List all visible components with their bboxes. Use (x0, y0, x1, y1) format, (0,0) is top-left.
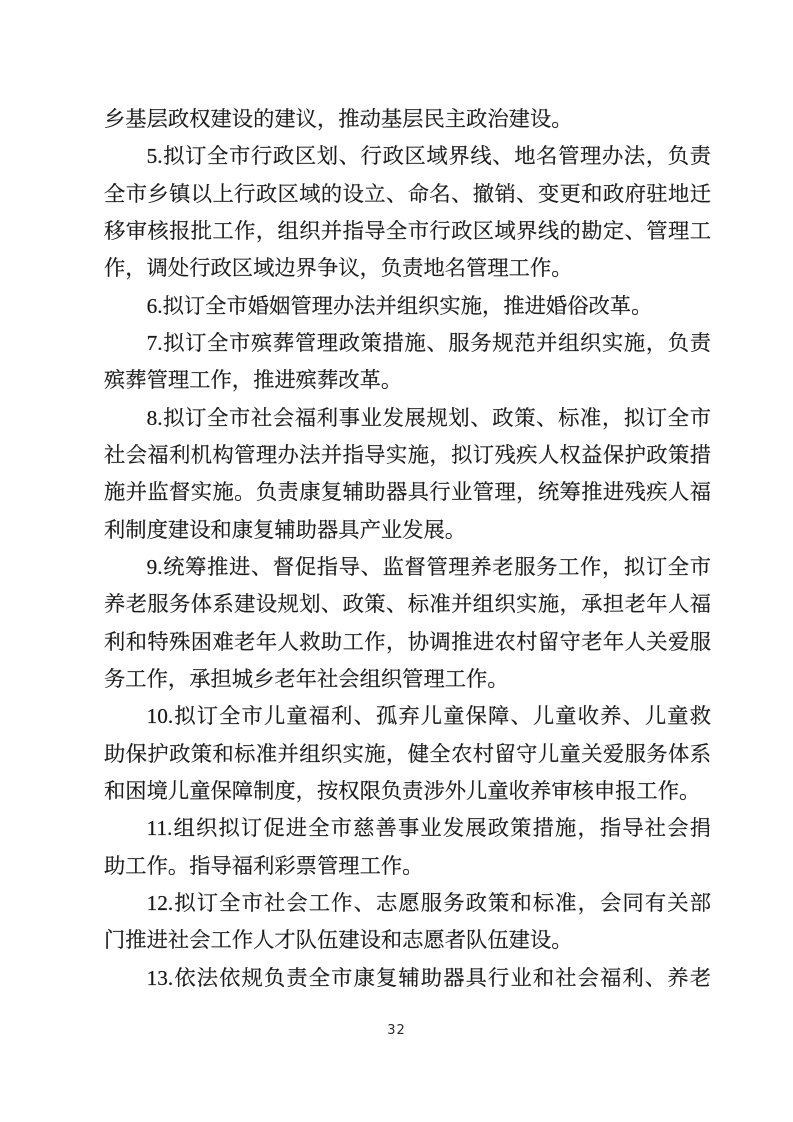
text-line: 利和特殊困难老年人救助工作，协调推进农村留守老年人关爱服 (104, 624, 711, 661)
text-line: 11.组织拟订促进全市慈善事业发展政策措施，指导社会捐 (104, 810, 711, 847)
text-line: 施并监督实施。负责康复辅助器具行业管理，统筹推进残疾人福 (104, 474, 711, 511)
paragraph: 9.统筹推进、督促指导、监督管理养老服务工作，拟订全市养老服务体系建设规划、政策… (104, 549, 711, 698)
text-line: 殡葬管理工作，推进殡葬改革。 (104, 362, 711, 399)
text-line: 养老服务体系建设规划、政策、标准并组织实施，承担老年人福 (104, 586, 711, 623)
text-line: 助保护政策和标准并组织实施，健全农村留守儿童关爱服务体系 (104, 736, 711, 773)
paragraph: 7.拟订全市殡葬管理政策措施、服务规范并组织实施，负责殡葬管理工作，推进殡葬改革… (104, 325, 711, 400)
text-line: 全市乡镇以上行政区域的设立、命名、撤销、变更和政府驻地迁 (104, 176, 711, 213)
document-body: 乡基层政权建设的建议，推动基层民主政治建设。5.拟订全市行政区划、行政区域界线、… (104, 101, 711, 997)
text-line: 作，调处行政区域边界争议，负责地名管理工作。 (104, 250, 711, 287)
paragraph: 5.拟订全市行政区划、行政区域界线、地名管理办法，负责全市乡镇以上行政区域的设立… (104, 138, 711, 287)
text-line: 5.拟订全市行政区划、行政区域界线、地名管理办法，负责 (104, 138, 711, 175)
page-footer: 32 (0, 1021, 793, 1039)
text-line: 6.拟订全市婚姻管理办法并组织实施，推进婚俗改革。 (104, 288, 711, 325)
text-line: 务工作，承担城乡老年社会组织管理工作。 (104, 661, 711, 698)
page-number: 32 (387, 1023, 406, 1038)
text-line: 和困境儿童保障制度，按权限负责涉外儿童收养审核申报工作。 (104, 773, 711, 810)
text-line: 8.拟订全市社会福利事业发展规划、政策、标准，拟订全市 (104, 400, 711, 437)
paragraph: 13.依法依规负责全市康复辅助器具行业和社会福利、养老 (104, 960, 711, 997)
text-line: 社会福利机构管理办法并指导实施，拟订残疾人权益保护政策措 (104, 437, 711, 474)
text-line: 助工作。指导福利彩票管理工作。 (104, 848, 711, 885)
text-line: 利制度建设和康复辅助器具产业发展。 (104, 512, 711, 549)
text-line: 门推进社会工作人才队伍建设和志愿者队伍建设。 (104, 922, 711, 959)
paragraph: 11.组织拟订促进全市慈善事业发展政策措施，指导社会捐助工作。指导福利彩票管理工… (104, 810, 711, 885)
paragraph: 8.拟订全市社会福利事业发展规划、政策、标准，拟订全市社会福利机构管理办法并指导… (104, 400, 711, 549)
text-line: 13.依法依规负责全市康复辅助器具行业和社会福利、养老 (104, 960, 711, 997)
text-line: 10.拟订全市儿童福利、孤弃儿童保障、儿童收养、儿童救 (104, 698, 711, 735)
paragraph: 乡基层政权建设的建议，推动基层民主政治建设。 (104, 101, 711, 138)
text-line: 移审核报批工作，组织并指导全市行政区域界线的勘定、管理工 (104, 213, 711, 250)
paragraph: 10.拟订全市儿童福利、孤弃儿童保障、儿童收养、儿童救助保护政策和标准并组织实施… (104, 698, 711, 810)
paragraph: 12.拟订全市社会工作、志愿服务政策和标准，会同有关部门推进社会工作人才队伍建设… (104, 885, 711, 960)
text-line: 12.拟订全市社会工作、志愿服务政策和标准，会同有关部 (104, 885, 711, 922)
document-page: 乡基层政权建设的建议，推动基层民主政治建设。5.拟订全市行政区划、行政区域界线、… (0, 0, 793, 1122)
text-line: 7.拟订全市殡葬管理政策措施、服务规范并组织实施，负责 (104, 325, 711, 362)
paragraph: 6.拟订全市婚姻管理办法并组织实施，推进婚俗改革。 (104, 288, 711, 325)
text-line: 9.统筹推进、督促指导、监督管理养老服务工作，拟订全市 (104, 549, 711, 586)
text-line: 乡基层政权建设的建议，推动基层民主政治建设。 (104, 101, 711, 138)
